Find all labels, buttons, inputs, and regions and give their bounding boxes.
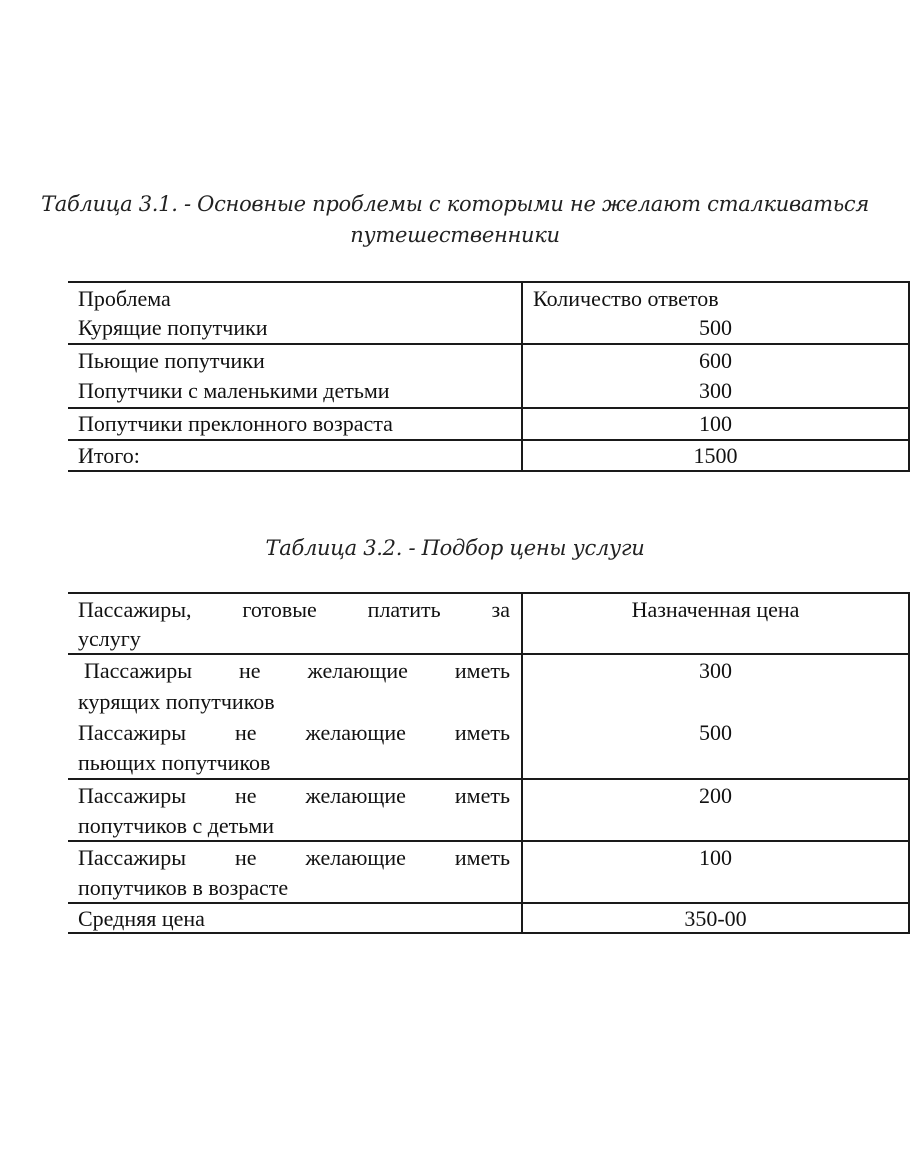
table1-caption-line2: путешественники bbox=[0, 223, 910, 247]
table1-cell-count: 300 bbox=[523, 375, 908, 406]
table1-cell-total-label: Итого: bbox=[78, 440, 140, 471]
table2-header-price: Назначенная цена bbox=[523, 594, 908, 625]
table1-cell-problem: Попутчики преклонного возраста bbox=[78, 408, 393, 439]
table1-header-count: Количество ответов bbox=[533, 283, 719, 314]
table2-cell-average-price: 350-00 bbox=[523, 903, 908, 934]
table1-caption-line1: Таблица 3.1. - Основные проблемы с котор… bbox=[0, 192, 910, 216]
table1-cell-total-count: 1500 bbox=[523, 440, 908, 471]
table2-cell-price: 300 bbox=[523, 655, 908, 686]
table1-header-problem: Проблема bbox=[78, 283, 171, 314]
table1-cell-count: 500 bbox=[523, 312, 908, 343]
table2-cell-price: 500 bbox=[523, 717, 908, 748]
table2-cell-passengers-line2: пьющих попутчиков bbox=[78, 747, 270, 778]
table2-caption: Таблица 3.2. - Подбор цены услуги bbox=[0, 536, 910, 560]
table1-cell-problem: Курящие попутчики bbox=[78, 312, 268, 343]
table1-cell-problem: Попутчики с маленькими детьми bbox=[78, 375, 390, 406]
table2-cell-price: 100 bbox=[523, 842, 908, 873]
table1-cell-count: 100 bbox=[523, 408, 908, 439]
table2-cell-average-label: Средняя цена bbox=[78, 903, 205, 934]
table2-cell-price: 200 bbox=[523, 780, 908, 811]
table2-header-passengers-line1: Пассажиры, готовые платить за bbox=[78, 594, 510, 625]
table2-cell-passengers-line2: попутчиков в возрасте bbox=[78, 872, 288, 903]
table2-cell-passengers-line2: курящих попутчиков bbox=[78, 686, 275, 717]
table2-cell-passengers-line1: Пассажиры не желающие иметь bbox=[78, 780, 510, 811]
table2-col-divider bbox=[521, 592, 523, 934]
table2-cell-passengers-line1: Пассажиры не желающие иметь bbox=[78, 842, 510, 873]
table1-cell-count: 600 bbox=[523, 345, 908, 376]
table2-header-passengers-line2: услугу bbox=[78, 623, 141, 654]
table1-border-top bbox=[68, 281, 910, 283]
table1-cell-problem: Пьющие попутчики bbox=[78, 345, 265, 376]
table2-cell-passengers-line2: попутчиков с детьми bbox=[78, 810, 274, 841]
table2-cell-passengers-line1: Пассажиры не желающие иметь bbox=[78, 717, 510, 748]
table2-cell-passengers-line1: Пассажиры не желающие иметь bbox=[84, 655, 510, 686]
